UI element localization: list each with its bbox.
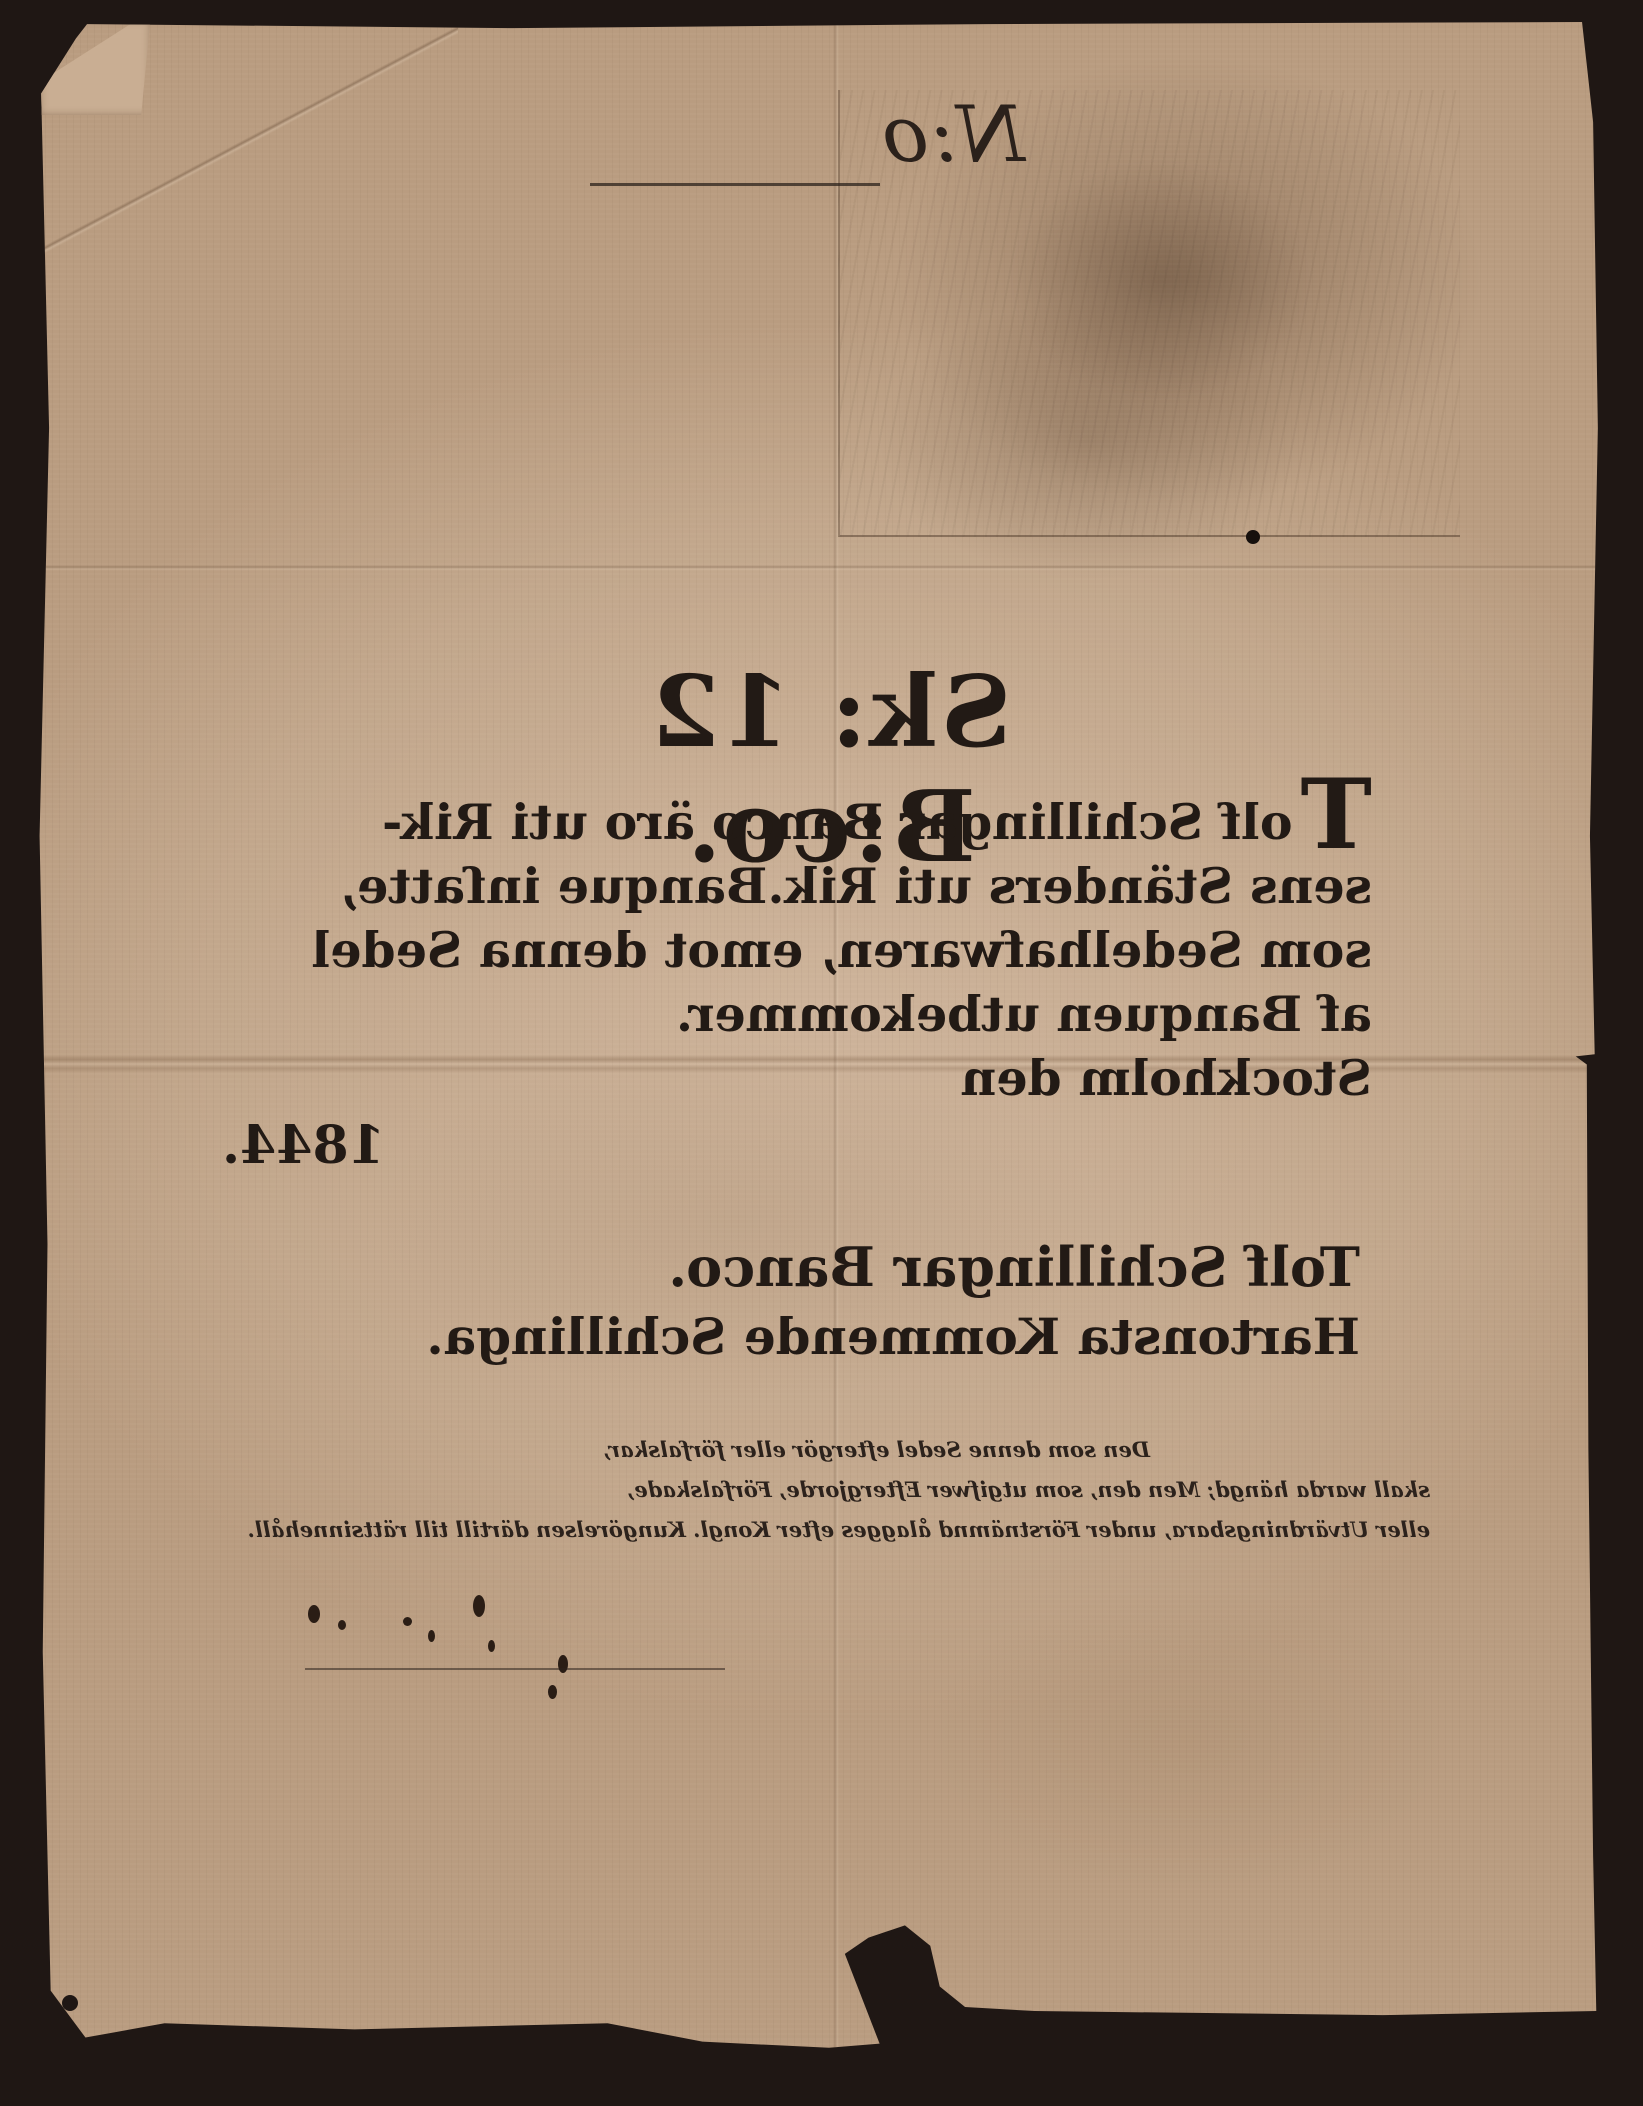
- issue-year: 1844.: [222, 1115, 385, 1176]
- serial-number-line: [590, 183, 880, 186]
- upper-fold-line: [38, 565, 1620, 571]
- warning-line: skall warda hängd; Men den, som utgifwer…: [200, 1470, 1430, 1510]
- signature-line: [305, 1668, 725, 1670]
- note-body-text: Tolf Schillingar Banco äro uti Rik- sens…: [222, 790, 1372, 1110]
- body-line: Stockholm den: [222, 1046, 1372, 1110]
- folded-corner: [40, 20, 150, 115]
- counterfeit-warning: Den som denne Sedel eftergör eller förfa…: [200, 1430, 1430, 1550]
- pin-hole: [62, 1995, 78, 2011]
- ink-smudges: [308, 1595, 628, 1715]
- amount-line: Tolf Schillingar Banco.: [400, 1230, 1360, 1304]
- body-line: som Sedelhafwaren, emot denna Sedel: [222, 918, 1372, 982]
- ink-dot: [1246, 530, 1260, 544]
- body-line: Tolf Schillingar Banco äro uti Rik-: [222, 790, 1372, 854]
- amount-in-words: Tolf Schillingar Banco. Hartonsta Kommen…: [400, 1230, 1360, 1370]
- warning-line: Den som denne Sedel eftergör eller förfa…: [200, 1430, 1430, 1470]
- photo-stage: N:o Sk: 12 B:co. Tolf Schillingar Banco …: [0, 0, 1643, 2106]
- body-line: sens Ständers uti Rik.Banque inſatte,: [222, 854, 1372, 918]
- body-line: af Banquen utbekommer.: [222, 982, 1372, 1046]
- warning-line: eller Utvärdningsbara, under Förstnämnd …: [200, 1510, 1430, 1550]
- amount-line: Hartonsta Kommende Schillinga.: [400, 1304, 1360, 1370]
- serial-number-label: N:o: [880, 90, 1025, 180]
